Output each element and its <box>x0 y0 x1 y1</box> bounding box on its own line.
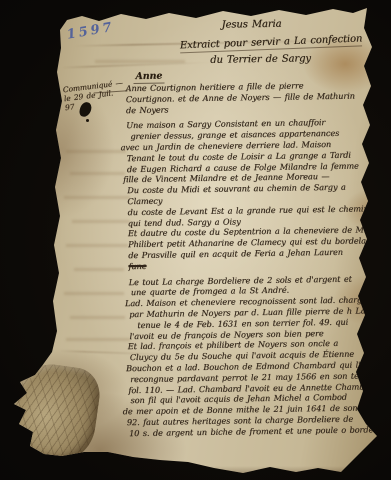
title-line-2: du Terrier de Sargy <box>210 53 311 66</box>
manuscript-line: fune <box>128 261 152 272</box>
handwriting-layer: 1597 Jesus Maria Extraict pour servir a … <box>0 0 391 480</box>
ink-blot-speck <box>86 119 89 122</box>
invocation-line: Jesus Maria <box>222 19 282 31</box>
archival-year-annotation: 1597 <box>66 20 116 43</box>
body-text: Anne Courtignon heritiere a fille de pie… <box>126 79 380 438</box>
title-line-1: Extraict pour servir a La confection <box>180 33 363 53</box>
photo-background: 1597 Jesus Maria Extraict pour servir a … <box>0 0 391 480</box>
manuscript-paper: 1597 Jesus Maria Extraict pour servir a … <box>0 0 391 480</box>
margin-note: Communiqué — le 29 de Juil. 97 <box>62 78 125 112</box>
